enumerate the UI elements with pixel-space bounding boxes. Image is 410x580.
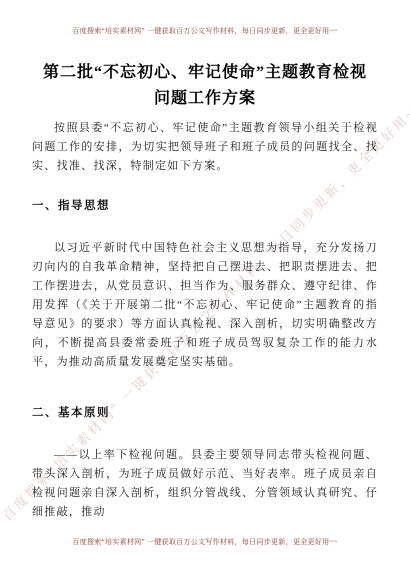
footer-note: 百度搜索“培实素材网” 一键获取百万公文写作材料，每日同步更新，更全更好用~~ [0,537,410,547]
section-2-paragraph: ——以上率下检视问题。县委主要领导同志带头检视问题、带头深入剖析，为班子成员做好… [32,446,378,522]
title-line-2: 问题工作方案 [32,86,378,112]
header-note: 百度搜索“培实素材网” 一键获取百万公文写作材料，每日同步更新，更全更好用~~ [0,26,410,36]
document-page: 百度搜索“培实素材网” 一键获取百万公文写作材料，每日同步更新，更全更好用~~百… [0,0,410,580]
section-1-paragraph: 以习近平新时代中国特色社会主义思想为指导，充分发扬刀刃向内的自我革命精神，坚持把… [32,239,378,372]
title-line-1: 第二批“不忘初心、牢记使命”主题教育检视 [32,60,378,86]
section-heading-basic-principles: 二、基本原则 [32,404,378,420]
section-heading-guiding-ideology: 一、指导思想 [32,197,378,213]
document-title: 第二批“不忘初心、牢记使命”主题教育检视 问题工作方案 [32,60,378,112]
intro-paragraph: 按照县委“不忘初心、牢记使命”主题教育领导小组关于检视问题工作的安排，为切实把领… [32,119,378,176]
